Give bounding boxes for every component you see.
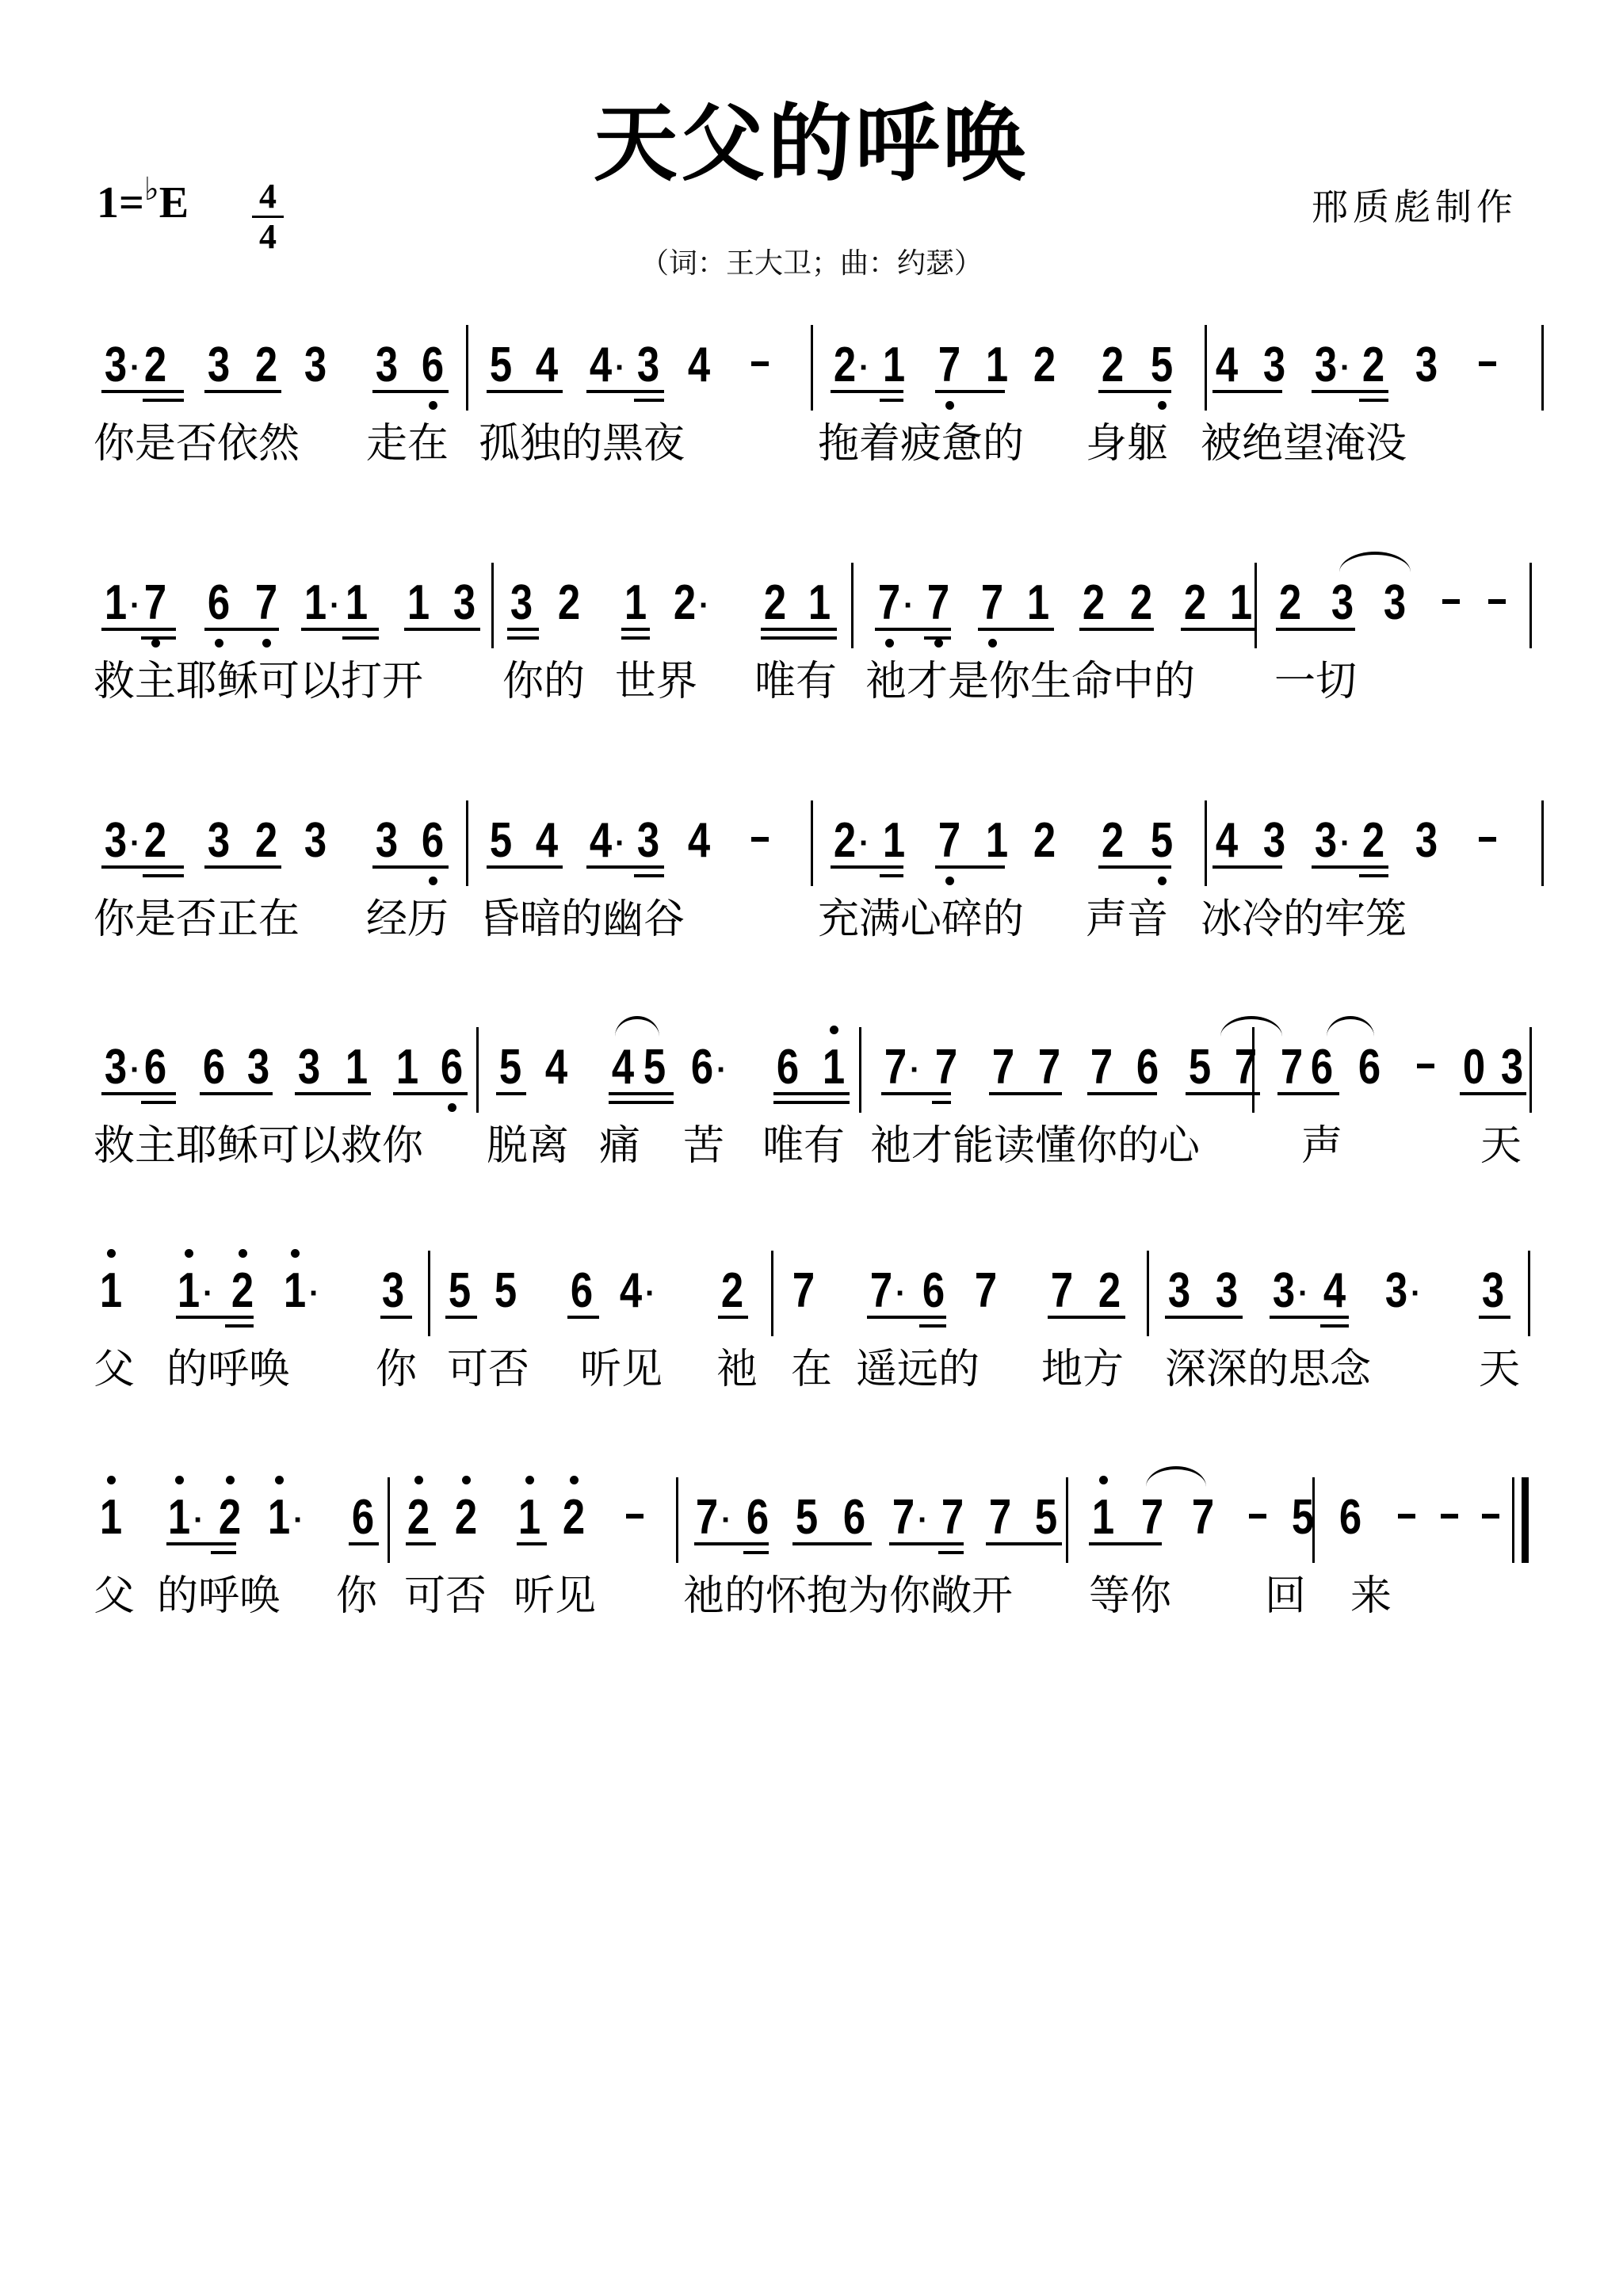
note-digit: 1 — [301, 579, 330, 628]
barline — [1066, 1477, 1068, 1563]
underline-beam — [1212, 865, 1282, 869]
augmentation-dot: · — [193, 1504, 204, 1536]
note-digit: 6 — [437, 1043, 466, 1092]
barline — [1529, 563, 1532, 648]
note-digit: 3 — [372, 341, 401, 390]
underline-beam — [1079, 628, 1154, 631]
note-digit: 4 — [685, 816, 713, 865]
underline-beam — [889, 1542, 964, 1545]
note-digit: 3 — [634, 341, 663, 390]
underline-beam — [141, 636, 176, 640]
underline-beam — [204, 865, 281, 869]
note-digit: 6 — [919, 1266, 948, 1316]
note-digit: 3 — [1479, 1266, 1507, 1316]
underline-beam — [694, 1542, 769, 1545]
note-digit: 0 — [1460, 1043, 1488, 1092]
lyric-text: 拖着疲惫的 — [818, 423, 1024, 464]
sustain-dash — [626, 1514, 643, 1519]
note-digit: 3 — [295, 1043, 323, 1092]
barline — [811, 325, 813, 411]
octave-down-dot — [945, 877, 954, 885]
underline-beam — [487, 865, 563, 869]
augmentation-dot: · — [309, 1278, 319, 1309]
note-digit: 2 — [404, 1493, 433, 1542]
underline-beam — [301, 628, 379, 631]
underline-beam — [743, 1551, 769, 1554]
barline — [1147, 1251, 1149, 1336]
arranger-credit: 邢质彪制作 — [1312, 189, 1518, 225]
note-digit: 1 — [1089, 1493, 1117, 1542]
note-digit: 3 — [1412, 816, 1441, 865]
underline-beam — [200, 1092, 273, 1095]
octave-up-dot — [275, 1476, 284, 1484]
lyric-text: 你的 — [502, 661, 585, 702]
note-digit: 2 — [1181, 579, 1209, 628]
final-barline-thin — [1512, 1477, 1514, 1563]
note-digit: 3 — [1412, 341, 1441, 390]
note-digit: 7 — [986, 1493, 1014, 1542]
barline — [1541, 325, 1544, 411]
song-title: 天父的呼唤 — [0, 101, 1623, 185]
sustain-dash — [1442, 599, 1460, 604]
underline-beam — [1359, 874, 1388, 877]
underline-beam — [586, 865, 664, 869]
underline-beam — [1312, 865, 1388, 869]
augmentation-dot: · — [645, 1278, 655, 1309]
lyric-text: 救主耶稣可以打开 — [94, 661, 423, 702]
note-digit: 2 — [555, 579, 583, 628]
note-digit: 5 — [487, 816, 515, 865]
note-digit: 3 — [507, 579, 536, 628]
note-digit: 4 — [533, 816, 561, 865]
note-digit: 7 — [693, 1493, 721, 1542]
underline-beam — [507, 636, 539, 640]
underline-beam — [938, 1551, 964, 1554]
note-digit: 1 — [1227, 579, 1255, 628]
note-digit: 2 — [718, 1266, 747, 1316]
underline-beam — [935, 865, 1005, 869]
note-digit: 7 — [141, 579, 170, 628]
underline-beam — [761, 628, 837, 631]
note-digit: 6 — [349, 1493, 377, 1542]
underline-beam — [372, 865, 449, 869]
octave-down-dot — [429, 877, 437, 885]
note-digit: 2 — [1098, 816, 1127, 865]
underline-beam — [1098, 865, 1171, 869]
underline-beam — [634, 874, 664, 877]
note-digit: 7 — [972, 1266, 1000, 1316]
note-digit: 5 — [1148, 816, 1176, 865]
note-digit: 7 — [935, 816, 964, 865]
note-digit: 6 — [200, 1043, 228, 1092]
note-digit: 6 — [1133, 1043, 1162, 1092]
note-digit: 3 — [301, 816, 330, 865]
barline — [476, 1027, 479, 1113]
underline-beam — [225, 1324, 254, 1328]
octave-up-dot — [414, 1476, 423, 1484]
note-digit: 7 — [1277, 1043, 1306, 1092]
note-digit: 2 — [1359, 816, 1388, 865]
augmentation-dot: · — [903, 590, 914, 621]
underline-beam — [1048, 1316, 1125, 1319]
note-digit: 7 — [932, 1043, 960, 1092]
note-digit: 1 — [880, 816, 908, 865]
octave-up-dot — [175, 1476, 184, 1484]
note-digit: 3 — [1498, 1043, 1526, 1092]
lyric-text: 等你 — [1089, 1576, 1171, 1617]
lyric-text: 祂才是你生命中的 — [865, 661, 1195, 702]
note-digit: 7 — [252, 579, 281, 628]
lyric-text: 孤独的黑夜 — [479, 423, 685, 464]
octave-up-dot — [830, 1026, 838, 1034]
note-digit: 6 — [773, 1043, 802, 1092]
note-digit: 4 — [586, 341, 615, 390]
octave-down-dot — [429, 401, 437, 410]
note-digit: 6 — [418, 816, 447, 865]
underline-beam — [211, 1551, 236, 1554]
lyric-text: 苦 — [683, 1125, 724, 1167]
note-digit: 2 — [216, 1493, 244, 1542]
lyric-text: 的呼唤 — [166, 1349, 290, 1390]
note-digit: 7 — [924, 579, 953, 628]
octave-down-dot — [215, 639, 223, 648]
augmentation-dot: · — [721, 1504, 731, 1536]
lyric-text: 地方 — [1041, 1349, 1124, 1390]
note-digit: 3 — [372, 816, 401, 865]
key-letter: E — [159, 178, 189, 227]
barline — [851, 563, 854, 648]
note-digit: 2 — [1098, 341, 1127, 390]
octave-up-dot — [107, 1476, 116, 1484]
barline — [466, 800, 468, 886]
augmentation-dot: · — [918, 1504, 928, 1536]
underline-beam — [831, 390, 903, 393]
underline-beam — [404, 628, 480, 631]
augmentation-dot: · — [699, 590, 709, 621]
note-digit: 3 — [1212, 1266, 1241, 1316]
key-signature: 1=♭E — [97, 181, 189, 225]
underline-beam — [875, 628, 951, 631]
sustain-dash — [1417, 1064, 1434, 1068]
barline — [466, 325, 468, 411]
note-digit: 5 — [1032, 1493, 1060, 1542]
note-digit: 3 — [101, 341, 130, 390]
augmentation-dot: · — [1411, 1278, 1421, 1309]
lyric-text: 充满心碎的 — [818, 899, 1024, 940]
slur-tie — [615, 1016, 659, 1037]
augmentation-dot: · — [130, 1054, 140, 1086]
octave-down-dot — [988, 639, 997, 648]
underline-beam — [1276, 628, 1355, 631]
octave-down-dot — [1158, 877, 1167, 885]
note-digit: 2 — [141, 816, 170, 865]
note-digit: 5 — [491, 1266, 520, 1316]
lyric-text: 回 — [1265, 1576, 1306, 1617]
underline-beam — [372, 390, 449, 393]
lyric-text: 声 — [1301, 1125, 1342, 1167]
note-digit: 3 — [634, 816, 663, 865]
underline-beam — [567, 1316, 599, 1319]
barline — [1254, 563, 1257, 648]
note-digit: 7 — [875, 579, 903, 628]
time-signature: 44 — [252, 179, 284, 254]
underline-beam — [101, 628, 176, 631]
octave-up-dot — [107, 1249, 116, 1258]
lyric-text: 身躯 — [1086, 423, 1168, 464]
underline-beam — [935, 390, 1005, 393]
slur-tie — [1220, 1016, 1282, 1037]
underline-beam — [880, 399, 903, 402]
note-digit: 5 — [496, 1043, 525, 1092]
augmentation-dot: · — [615, 827, 625, 859]
underline-beam — [406, 1542, 436, 1545]
key-prefix: 1= — [97, 178, 144, 227]
underline-beam — [609, 1101, 674, 1104]
note-digit: 7 — [789, 1266, 818, 1316]
underline-beam — [141, 1101, 176, 1104]
underline-beam — [978, 628, 1054, 631]
underline-beam — [143, 874, 184, 877]
underline-beam — [989, 1092, 1062, 1095]
octave-down-dot — [1158, 401, 1167, 410]
underline-beam — [924, 636, 951, 640]
lyric-text: 你是否依然 — [94, 423, 300, 464]
note-digit: 5 — [1186, 1043, 1214, 1092]
lyric-text: 祂的怀抱为你敞开 — [683, 1576, 1013, 1617]
note-digit: 2 — [1030, 341, 1059, 390]
note-digit: 4 — [617, 1266, 645, 1316]
note-digit: 2 — [831, 341, 859, 390]
note-digit: 7 — [935, 341, 964, 390]
note-digit: 5 — [1148, 341, 1176, 390]
slur-tie — [1339, 552, 1411, 572]
note-digit: 6 — [840, 1493, 869, 1542]
underline-beam — [101, 390, 184, 393]
note-digit: 3 — [1382, 1266, 1411, 1316]
note-digit: 7 — [1232, 1043, 1260, 1092]
augmentation-dot: · — [910, 1054, 920, 1086]
octave-down-dot — [885, 639, 894, 648]
note-digit: 2 — [761, 579, 789, 628]
note-digit: 7 — [978, 579, 1006, 628]
octave-down-dot — [934, 639, 943, 648]
underline-beam — [761, 636, 837, 640]
note-digit: 1 — [1024, 579, 1052, 628]
lyric-text: 天 — [1480, 1125, 1522, 1167]
note-digit: 2 — [141, 341, 170, 390]
lyric-text: 的呼唤 — [157, 1576, 281, 1617]
lyric-text: 祂才能读懂你的心 — [870, 1125, 1200, 1167]
note-digit: 3 — [379, 1266, 407, 1316]
lyric-text: 一切 — [1274, 661, 1357, 702]
note-digit: 1 — [515, 1493, 544, 1542]
note-digit: 5 — [487, 341, 515, 390]
underline-beam — [101, 865, 184, 869]
note-digit: 1 — [621, 579, 650, 628]
underline-beam — [932, 1101, 951, 1104]
underline-beam — [349, 1542, 379, 1545]
note-digit: 3 — [244, 1043, 273, 1092]
note-digit: 3 — [1165, 1266, 1193, 1316]
note-digit: 5 — [792, 1493, 821, 1542]
lyric-text: 可否 — [404, 1576, 487, 1617]
underline-beam — [586, 390, 664, 393]
underline-beam — [1359, 399, 1388, 402]
note-digit: 6 — [567, 1266, 596, 1316]
slur-tie — [1146, 1466, 1206, 1487]
lyric-text: 你 — [336, 1576, 377, 1617]
note-digit: 7 — [1189, 1493, 1217, 1542]
octave-up-dot — [226, 1476, 235, 1484]
underline-beam — [1479, 1316, 1510, 1319]
augmentation-dot: · — [859, 827, 869, 859]
augmentation-dot: · — [203, 1278, 213, 1309]
octave-up-dot — [185, 1249, 193, 1258]
underline-beam — [1181, 628, 1257, 631]
lyric-text: 冰冷的牢笼 — [1201, 899, 1407, 940]
underline-beam — [986, 1542, 1062, 1545]
note-digit: 1 — [165, 1493, 193, 1542]
barline — [491, 563, 494, 648]
lyric-text: 遥远的 — [856, 1349, 980, 1390]
augmentation-dot: · — [1298, 1278, 1308, 1309]
barline — [1252, 1027, 1254, 1113]
underline-beam — [621, 636, 650, 640]
barline — [676, 1477, 678, 1563]
sustain-dash — [751, 837, 769, 842]
underline-beam — [1460, 1092, 1526, 1095]
note-digit: 7 — [938, 1493, 967, 1542]
barline — [771, 1251, 773, 1336]
sustain-dash — [1441, 1514, 1458, 1519]
note-digit: 4 — [586, 816, 615, 865]
note-digit: 2 — [452, 1493, 480, 1542]
note-digit: 3 — [301, 341, 330, 390]
note-digit: 2 — [670, 579, 699, 628]
note-digit: 3 — [204, 341, 233, 390]
underline-beam — [1320, 1324, 1349, 1328]
lyric-text: 痛 — [599, 1125, 640, 1167]
note-digit: 7 — [1035, 1043, 1064, 1092]
lyric-text: 你 — [376, 1349, 417, 1390]
note-digit: 1 — [393, 1043, 422, 1092]
note-digit: 4 — [1212, 816, 1241, 865]
note-digit: 3 — [1381, 579, 1409, 628]
barline — [1529, 1027, 1532, 1113]
note-digit: 4 — [1212, 341, 1241, 390]
meter-numerator: 4 — [252, 179, 284, 218]
underline-beam — [1098, 390, 1171, 393]
octave-up-dot — [570, 1476, 579, 1484]
augmentation-dot: · — [130, 352, 140, 384]
augmentation-dot: · — [859, 352, 869, 384]
octave-up-dot — [1099, 1476, 1108, 1484]
underline-beam — [1312, 390, 1388, 393]
lyric-text: 听见 — [580, 1349, 663, 1390]
underline-beam — [609, 1092, 674, 1095]
octave-down-dot — [448, 1103, 456, 1112]
underline-beam — [143, 399, 184, 402]
lyric-text: 来 — [1350, 1576, 1392, 1617]
note-digit: 1 — [342, 579, 371, 628]
underline-beam — [621, 628, 650, 631]
underline-beam — [718, 1316, 748, 1319]
underline-beam — [342, 636, 379, 640]
note-digit: 2 — [1095, 1266, 1124, 1316]
note-digit: 2 — [252, 341, 281, 390]
octave-up-dot — [291, 1249, 300, 1258]
augmentation-dot: · — [896, 1278, 906, 1309]
lyric-text: 可否 — [447, 1349, 529, 1390]
note-digit: 1 — [97, 1266, 125, 1316]
underline-beam — [517, 1542, 547, 1545]
note-digit: 3 — [1312, 816, 1340, 865]
octave-down-dot — [945, 401, 954, 410]
lyric-text: 声音 — [1086, 899, 1168, 940]
note-digit: 3 — [1328, 579, 1357, 628]
note-digit: 4 — [685, 341, 713, 390]
note-digit: 3 — [101, 816, 130, 865]
underline-beam — [1186, 1092, 1260, 1095]
underline-beam — [880, 874, 903, 877]
underline-beam — [1212, 390, 1282, 393]
augmentation-dot: · — [293, 1504, 304, 1536]
note-digit: 7 — [867, 1266, 896, 1316]
note-digit: 6 — [1336, 1493, 1365, 1542]
barline — [811, 800, 813, 886]
underline-beam — [1277, 1092, 1339, 1095]
lyric-text: 经历 — [366, 899, 449, 940]
augmentation-dot: · — [716, 1054, 727, 1086]
octave-up-dot — [239, 1249, 247, 1258]
lyric-text: 昏暗的幽谷 — [479, 899, 685, 940]
underline-beam — [496, 1092, 526, 1095]
note-digit: 2 — [1030, 816, 1059, 865]
note-digit: 2 — [1127, 579, 1155, 628]
underline-beam — [176, 1316, 254, 1319]
lyric-text: 你是否正在 — [94, 899, 300, 940]
note-digit: 1 — [819, 1043, 848, 1092]
note-digit: 3 — [1312, 341, 1340, 390]
note-digit: 7 — [1048, 1266, 1076, 1316]
note-digit: 2 — [228, 1266, 257, 1316]
underline-beam — [773, 1101, 850, 1104]
lyric-text: 父 — [94, 1349, 135, 1390]
note-digit: 1 — [983, 341, 1011, 390]
barline — [1528, 1251, 1530, 1336]
note-digit: 2 — [252, 816, 281, 865]
sustain-dash — [1482, 1514, 1499, 1519]
lyric-text: 深深的思念 — [1165, 1349, 1371, 1390]
note-digit: 1 — [404, 579, 433, 628]
note-digit: 4 — [533, 341, 561, 390]
underline-beam — [295, 1092, 371, 1095]
note-digit: 7 — [1138, 1493, 1167, 1542]
octave-down-dot — [151, 639, 160, 648]
note-digit: 7 — [889, 1493, 918, 1542]
note-digit: 3 — [1260, 816, 1289, 865]
note-digit: 1 — [97, 1493, 125, 1542]
note-digit: 3 — [450, 579, 479, 628]
sustain-dash — [1488, 599, 1506, 604]
note-digit: 6 — [688, 1043, 716, 1092]
underline-beam — [792, 1542, 872, 1545]
note-digit: 6 — [1355, 1043, 1384, 1092]
lyric-text: 父 — [94, 1576, 135, 1617]
note-digit: 3 — [204, 816, 233, 865]
underline-beam — [881, 1092, 951, 1095]
lyric-text: 天 — [1479, 1349, 1520, 1390]
